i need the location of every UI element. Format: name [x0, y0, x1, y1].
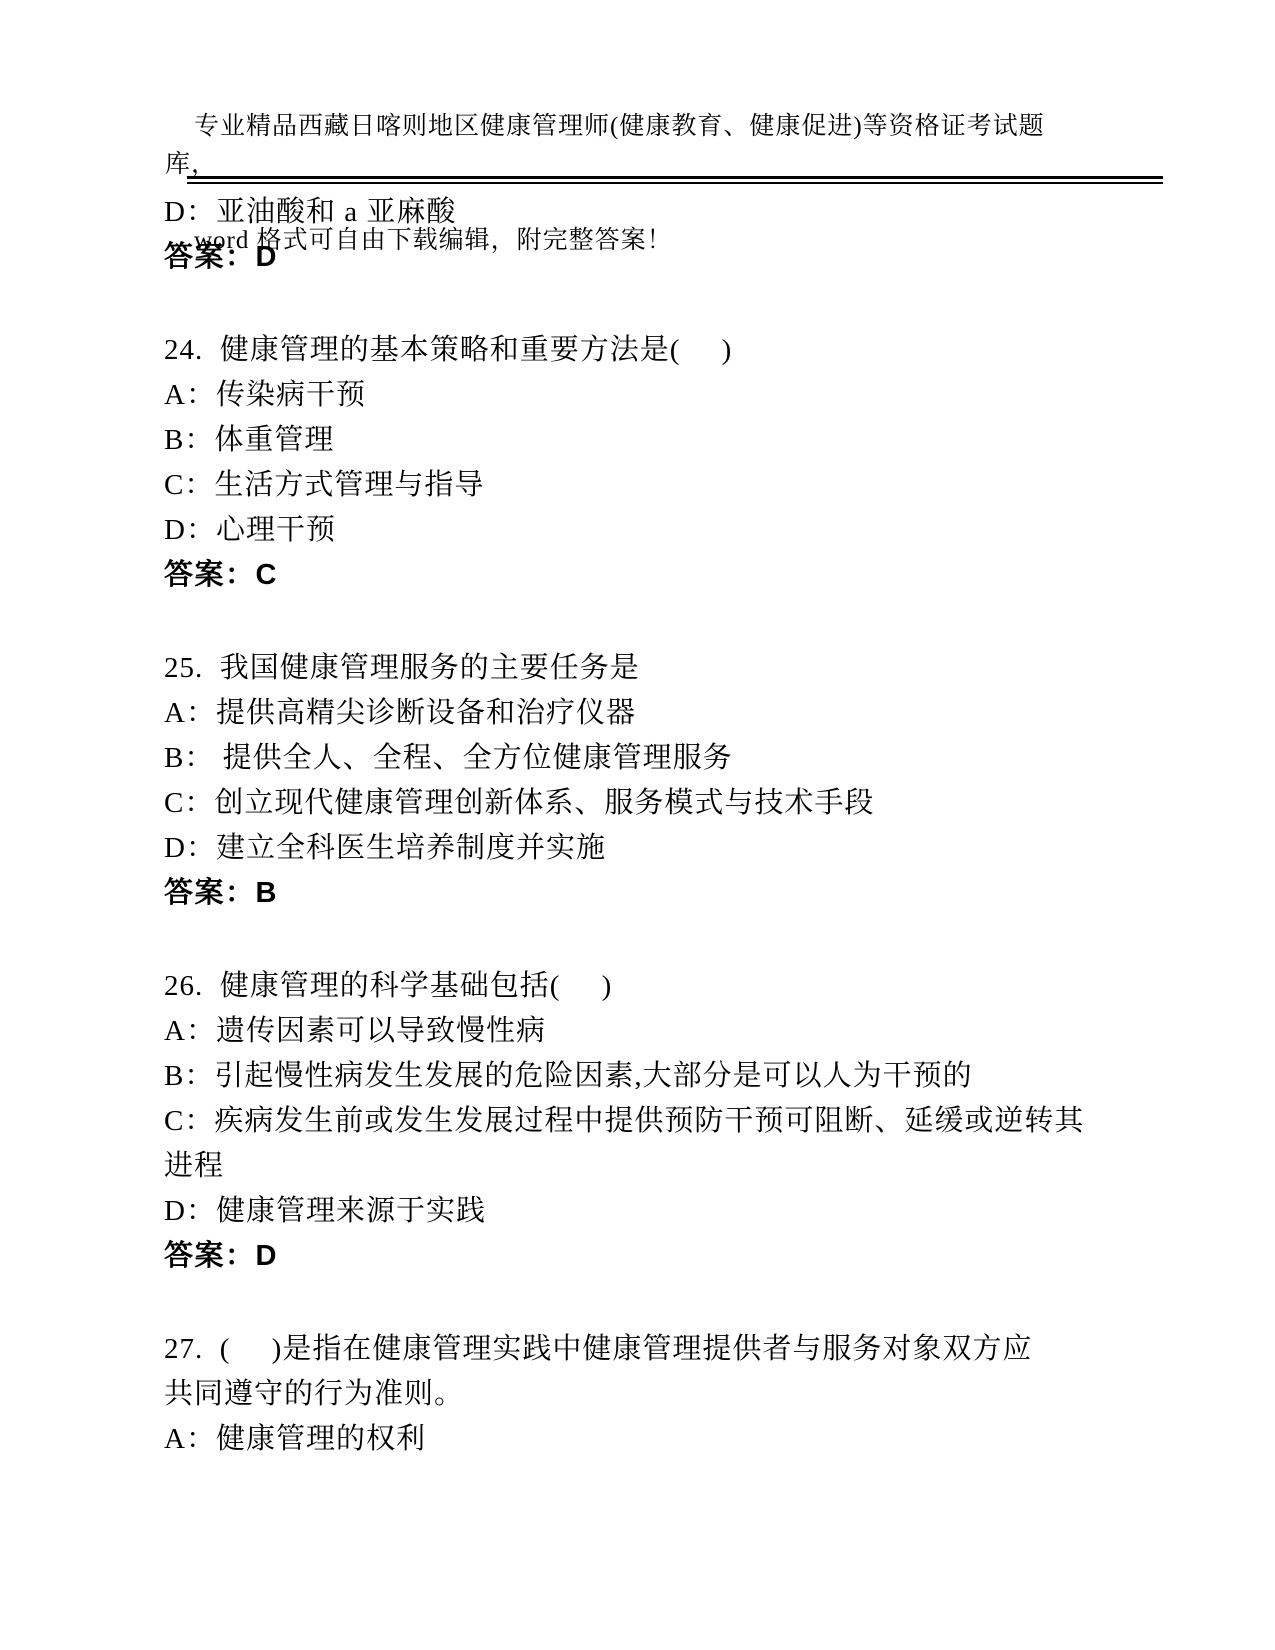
answer-line: 答案：C: [164, 553, 1154, 598]
option-line: A：提供高精尖诊断设备和治疗仪器: [164, 691, 1154, 736]
page: { "document": { "header": { "line1": "专业…: [0, 0, 1275, 1650]
question-line: 24. 健康管理的基本策略和重要方法是( ): [164, 328, 1154, 373]
option-line: D：亚油酸和 a 亚麻酸: [164, 190, 1154, 235]
option-line: B： 提供全人、全程、全方位健康管理服务: [164, 736, 1154, 781]
question-line: 25. 我国健康管理服务的主要任务是: [164, 646, 1154, 691]
option-line: C：创立现代健康管理创新体系、服务模式与技术手段: [164, 781, 1154, 826]
option-line: C：疾病发生前或发生发展过程中提供预防干预可阻断、延缓或逆转其进程: [164, 1099, 1154, 1189]
option-line: A：健康管理的权利: [164, 1417, 1154, 1462]
option-line: C：生活方式管理与指导: [164, 463, 1154, 508]
option-line: B：引起慢性病发生发展的危险因素,大部分是可以人为干预的: [164, 1054, 1154, 1099]
header-divider-rule: [187, 176, 1163, 184]
answer-line: 答案：B: [164, 871, 1154, 916]
document-page: 专业精品西藏日喀则地区健康管理师(健康教育、健康促进)等资格证考试题库， wor…: [0, 0, 1275, 1650]
option-line: D：建立全科医生培养制度并实施: [164, 826, 1154, 871]
option-line: D：心理干预: [164, 508, 1154, 553]
option-line: B：体重管理: [164, 418, 1154, 463]
option-line: A：传染病干预: [164, 373, 1154, 418]
question-line: 26. 健康管理的科学基础包括( ): [164, 964, 1154, 1009]
question-line: 27. ( )是指在健康管理实践中健康管理提供者与服务对象双方应共同遵守的行为准…: [164, 1327, 1154, 1417]
header-line-1: 专业精品西藏日喀则地区健康管理师(健康教育、健康促进)等资格证考试题库，: [165, 113, 1045, 178]
option-line: A：遗传因素可以导致慢性病: [164, 1009, 1154, 1054]
document-body: D：亚油酸和 a 亚麻酸答案：D24. 健康管理的基本策略和重要方法是( )A：…: [164, 190, 1154, 1462]
option-line: D：健康管理来源于实践: [164, 1189, 1154, 1234]
answer-line: 答案：D: [164, 1234, 1154, 1279]
answer-line: 答案：D: [164, 235, 1154, 280]
